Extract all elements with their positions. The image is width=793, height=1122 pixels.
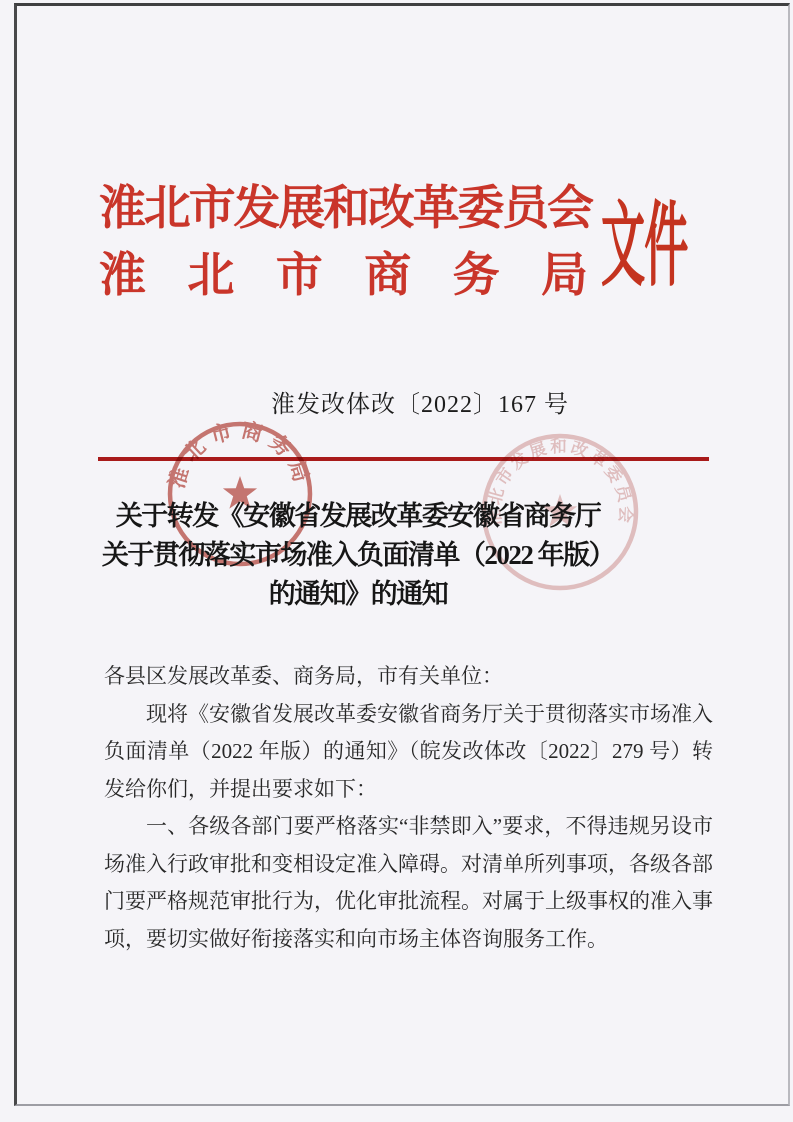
header-org-name-line2: 淮北市商务局 <box>99 250 588 302</box>
red-separator-rule <box>98 457 709 461</box>
salutation-line: 各县区发展改革委、商务局，市有关单位： <box>104 658 713 696</box>
header-org-name-line1: 淮北市发展和改革委员会 <box>99 183 599 235</box>
body-paragraph-1: 现将《安徽省发展改革委安徽省商务厅关于贯彻落实市场准入负面清单（2022 年版）… <box>104 696 713 809</box>
header-doc-type-label: 文件 <box>601 199 687 293</box>
body-paragraph-2: 一、各级各部门要严格落实“非禁即入”要求，不得违规另设市场准入行政审批和变相设定… <box>104 808 713 958</box>
document-title: 关于转发《安徽省发展改革委安徽省商务厅 关于贯彻落实市场准入负面清单（2022 … <box>0 497 716 614</box>
document-title-line2: 关于贯彻落实市场准入负面清单（2022 年版） <box>0 536 716 575</box>
scanned-document-page: 淮北市发展和改革委员会 淮北市商务局 文件 淮发改体改〔2022〕167 号 淮… <box>0 0 793 1122</box>
document-title-line1: 关于转发《安徽省发展改革委安徽省商务厅 <box>0 497 716 536</box>
seal-arc-text: 淮北市商务局 <box>164 418 315 492</box>
document-body: 各县区发展改革委、商务局，市有关单位： 现将《安徽省发展改革委安徽省商务厅关于贯… <box>104 658 713 958</box>
document-number: 淮发改体改〔2022〕167 号 <box>45 390 793 420</box>
document-title-line3: 的通知》的通知 <box>0 575 716 614</box>
